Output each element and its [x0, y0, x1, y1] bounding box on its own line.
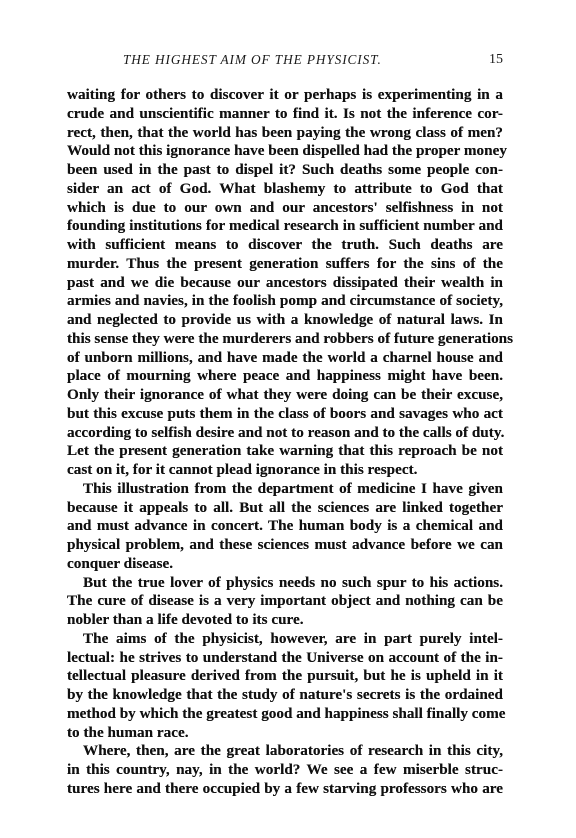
body-text: waiting for others to discover it or per… [67, 86, 503, 799]
text-line: The cure of disease is a very important … [67, 592, 503, 611]
text-line: method by which the greatest good and ha… [67, 705, 503, 724]
text-line: by the knowledge that the study of natur… [67, 686, 503, 705]
text-line: to the human race. [67, 724, 503, 743]
text-line: place of mourning where peace and happin… [67, 367, 503, 386]
running-title: THE HIGHEST AIM OF THE PHYSICIST. [123, 52, 382, 68]
text-line: tures here and there occupied by a few s… [67, 780, 503, 799]
text-line: lectual: he strives to understand the Un… [67, 649, 503, 668]
book-page: THE HIGHEST AIM OF THE PHYSICIST. 15 wai… [0, 0, 576, 838]
text-line: sider an act of God. What blashemy to at… [67, 180, 503, 199]
text-line: of unborn millions, and have made the wo… [67, 349, 503, 368]
page-number: 15 [489, 52, 503, 68]
text-line: but this excuse puts them in the class o… [67, 405, 503, 424]
text-line: in this country, nay, in the world? We s… [67, 761, 503, 780]
text-line: The aims of the physicist, however, are … [67, 630, 503, 649]
text-line: Let the present generation take warning … [67, 442, 503, 461]
text-line: Where, then, are the great laboratories … [67, 742, 503, 761]
text-line: which is due to our own and our ancestor… [67, 199, 503, 218]
text-line: murder. Thus the present generation suff… [67, 255, 503, 274]
text-line: physical problem, and these sciences mus… [67, 536, 503, 555]
text-line: past and we die because our ancestors di… [67, 274, 503, 293]
text-line: conquer disease. [67, 555, 503, 574]
text-line: because it appeals to all. But all the s… [67, 499, 503, 518]
text-line: waiting for others to discover it or per… [67, 86, 503, 105]
text-line: and neglected to provide us with a knowl… [67, 311, 503, 330]
text-line: with sufficient means to discover the tr… [67, 236, 503, 255]
text-line: founding institutions for medical resear… [67, 217, 503, 236]
text-line: this sense they were the murderers and r… [67, 330, 503, 349]
text-line: Only their ignorance of what they were d… [67, 386, 503, 405]
text-line: Would not this ignorance have been dispe… [67, 142, 503, 161]
text-line: according to selfish desire and not to r… [67, 424, 503, 443]
text-line: and must advance in concert. The human b… [67, 517, 503, 536]
text-line: armies and navies, in the foolish pomp a… [67, 292, 503, 311]
running-head: THE HIGHEST AIM OF THE PHYSICIST. 15 [67, 52, 503, 72]
text-line: tellectual pleasure derived from the pur… [67, 667, 503, 686]
text-line: cast on it, for it cannot plead ignoranc… [67, 461, 503, 480]
text-line: been used in the past to dispel it? Such… [67, 161, 503, 180]
text-line: nobler than a life devoted to its cure. [67, 611, 503, 630]
text-line: But the true lover of physics needs no s… [67, 574, 503, 593]
text-line: crude and unscientific manner to find it… [67, 105, 503, 124]
text-line: rect, then, that the world has been payi… [67, 124, 503, 143]
text-line: This illustration from the department of… [67, 480, 503, 499]
